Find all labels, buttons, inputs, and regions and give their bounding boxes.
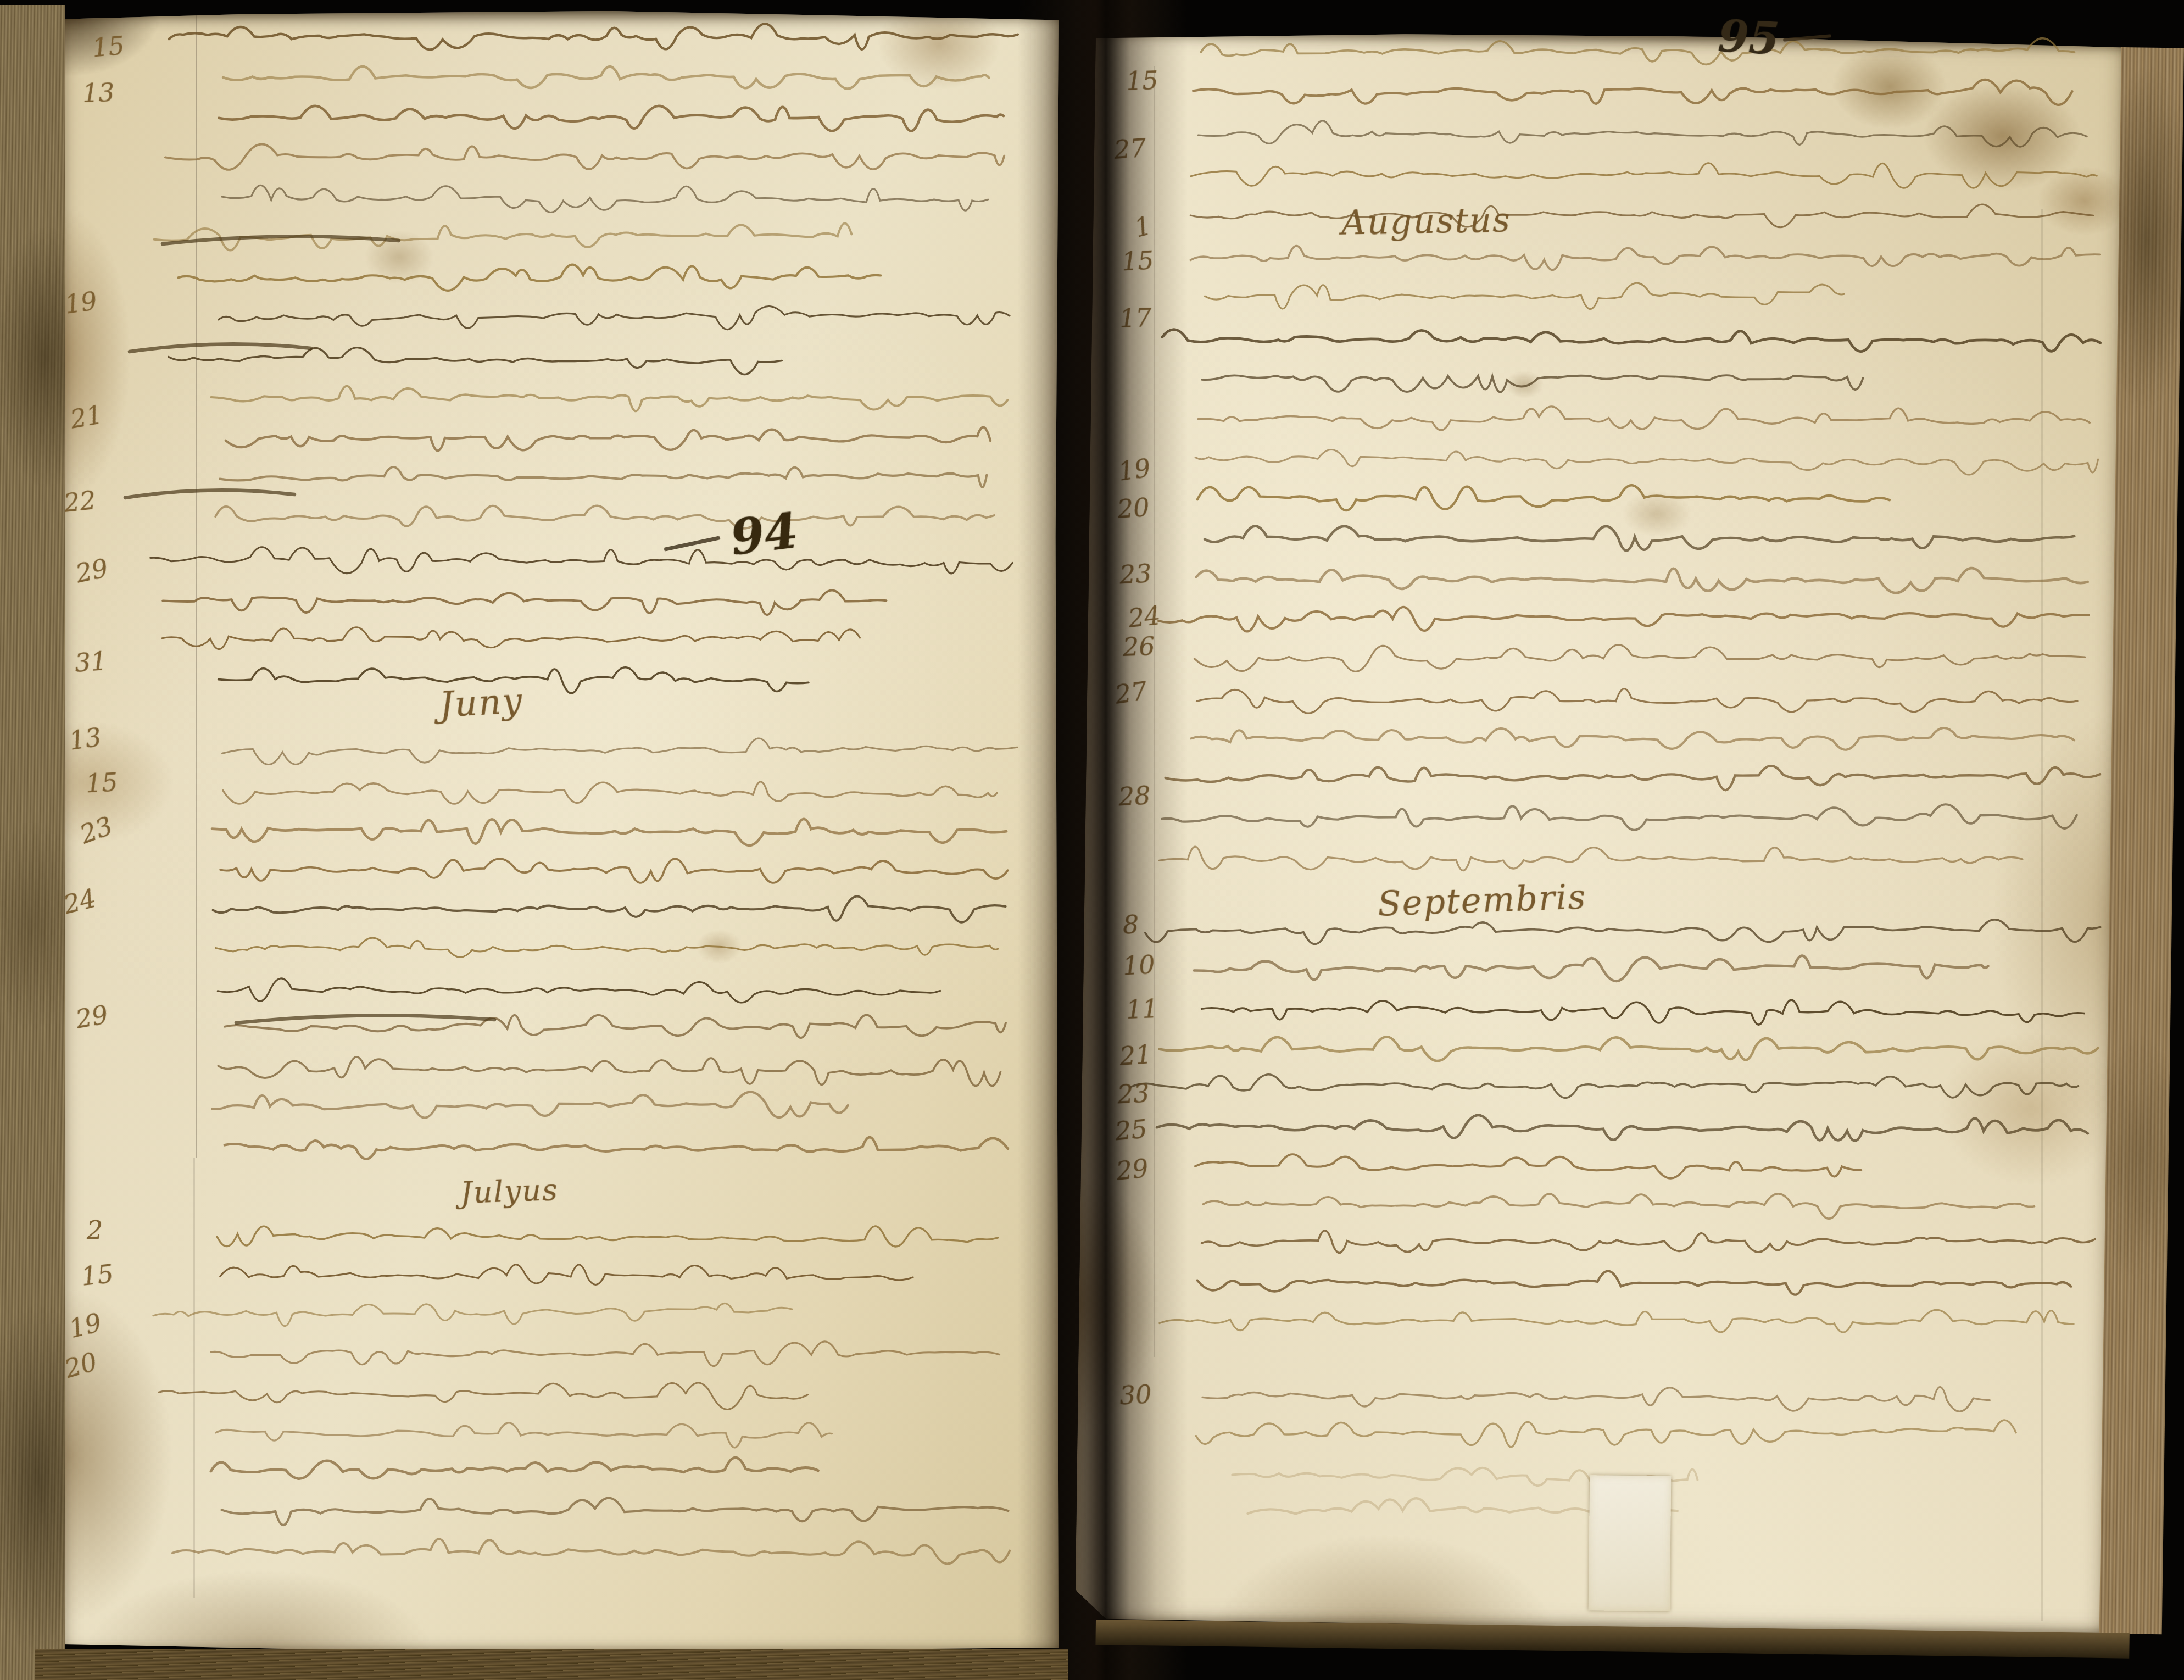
margin-day-number: 21	[1118, 1042, 1152, 1069]
margin-day-number: 28	[1118, 782, 1151, 809]
margin-day-number: 25	[1114, 1116, 1148, 1144]
margin-day-number: 13	[68, 724, 103, 754]
book-page-edges-bottom-left	[35, 1649, 1068, 1680]
paper-repair-patch	[1589, 1475, 1672, 1611]
right-page	[1075, 29, 2127, 1635]
margin-day-number: 22	[63, 487, 97, 516]
margin-day-number: 19	[63, 288, 98, 318]
book-page-edges-left	[0, 5, 65, 1680]
margin-day-number: 29	[74, 555, 110, 586]
margin-day-number: 24	[61, 886, 98, 918]
margin-day-number: 15	[1121, 247, 1155, 274]
margin-day-number: 8	[1122, 912, 1139, 938]
margin-day-number: 24	[1127, 603, 1162, 631]
right-page-number: 95	[1717, 14, 1780, 61]
month-heading-augustus: Augustus	[1341, 203, 1511, 240]
month-heading-juny: Juny	[438, 683, 523, 723]
margin-day-number: 10	[1122, 952, 1156, 978]
margin-day-number: 17	[1119, 305, 1152, 331]
margin-day-number: 20	[62, 1349, 100, 1382]
margin-day-number: 20	[1116, 494, 1150, 522]
margin-day-number: 29	[1115, 1155, 1150, 1184]
manuscript-photo: Juny Julyus Augustus Septembris 94 95 15…	[0, 0, 2184, 1680]
margin-day-number: 15	[85, 769, 119, 796]
margin-rule-line	[2041, 209, 2043, 1621]
margin-day-number: 30	[1119, 1381, 1152, 1408]
margin-rule-line	[193, 1158, 195, 1598]
margin-day-number: 29	[74, 1002, 110, 1032]
month-heading-septembris: Septembris	[1377, 880, 1587, 921]
margin-day-number: 23	[1117, 1080, 1150, 1107]
margin-day-number: 15	[1126, 68, 1158, 94]
margin-day-number: 31	[74, 648, 108, 676]
margin-day-number: 23	[1119, 560, 1152, 587]
margin-day-number: 11	[1126, 996, 1158, 1022]
margin-day-number: 19	[1117, 455, 1152, 485]
margin-day-number: 15	[91, 33, 125, 61]
margin-day-number: 15	[80, 1261, 115, 1289]
left-page	[59, 11, 1059, 1653]
margin-day-number: 2	[87, 1217, 103, 1243]
month-heading-julyus: Julyus	[460, 1175, 559, 1208]
margin-day-number: 13	[82, 80, 115, 106]
margin-rule-line	[196, 15, 197, 1158]
margin-day-number: 26	[1122, 633, 1155, 660]
margin-day-number: 21	[68, 402, 104, 432]
margin-day-number: 27	[1113, 135, 1147, 163]
margin-day-number: 19	[66, 1310, 104, 1342]
left-page-number: 94	[728, 506, 800, 562]
margin-day-number: 27	[1113, 678, 1149, 708]
